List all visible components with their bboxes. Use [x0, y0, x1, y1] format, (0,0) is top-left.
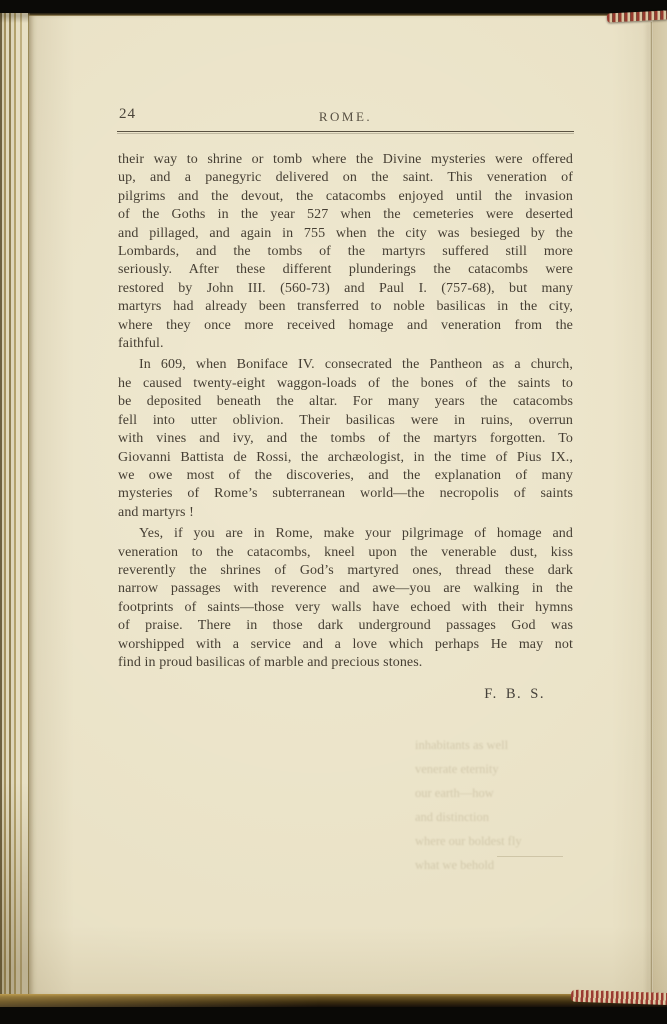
- running-title: ROME.: [118, 109, 573, 125]
- text-line: mysteries of Rome’s subterranean world—t…: [118, 485, 573, 503]
- scan-background-top: [0, 0, 667, 13]
- text-line: martyrs had already been transferred to …: [118, 298, 573, 316]
- paragraph-3: Yes, if you are in Rome, make your pilgr…: [118, 525, 573, 672]
- scan-background-bottom: [0, 1007, 667, 1024]
- text-line: up, and a panegyric delivered on the sai…: [118, 169, 573, 187]
- paragraph-2: In 609, when Boniface IV. consecrated th…: [118, 356, 573, 522]
- text-line: veneration to the catacombs, kneel upon …: [118, 544, 573, 562]
- text-line: Yes, if you are in Rome, make your pilgr…: [118, 525, 573, 543]
- text-line: we owe most of the discoveries, and the …: [118, 467, 573, 485]
- text-line: restored by John III. (560-73) and Paul …: [118, 280, 573, 298]
- page-stack-edges: [0, 13, 30, 998]
- scanned-book-page: 24 ROME. their way to shrine or tomb whe…: [0, 0, 667, 1024]
- text-line: faithful.: [118, 335, 573, 353]
- text-line: pilgrims and the devout, the catacombs e…: [118, 188, 573, 206]
- text-line: he caused twenty-eight waggon-loads of t…: [118, 375, 573, 393]
- page-top-edge: [28, 13, 667, 16]
- text-line: their way to shrine or tomb where the Di…: [118, 151, 573, 169]
- author-initials: F. B. S.: [118, 686, 573, 703]
- text-line: of praise. There in those dark undergrou…: [118, 617, 573, 635]
- text-line: worshipped with a service and a love whi…: [118, 636, 573, 654]
- body-text: their way to shrine or tomb where the Di…: [118, 151, 573, 672]
- text-line: reverently the shrines of God’s martyred…: [118, 562, 573, 580]
- show-through-rule: [497, 856, 563, 858]
- text-line: and pillaged, and again in 755 when the …: [118, 225, 573, 243]
- text-line: find in proud basilicas of marble and pr…: [118, 654, 573, 672]
- text-line: Giovanni Battista de Rossi, the archæolo…: [118, 449, 573, 467]
- text-line: In 609, when Boniface IV. consecrated th…: [118, 356, 573, 374]
- text-line: fell into utter oblivion. Their basilica…: [118, 412, 573, 430]
- text-line: footprints of saints—those very walls ha…: [118, 599, 573, 617]
- text-line: narrow passages with reverence and awe—y…: [118, 580, 573, 598]
- text-line: where they once more received homage and…: [118, 317, 573, 335]
- text-line: with vines and ivy, and the tombs of the…: [118, 430, 573, 448]
- text-line: be deposited beneath the altar. For many…: [118, 393, 573, 411]
- text-line: of the Goths in the year 527 when the ce…: [118, 206, 573, 224]
- text-line: and martyrs !: [118, 504, 573, 522]
- header-rule: [117, 131, 574, 133]
- page-right-edge-shade: [653, 15, 667, 996]
- text-line: seriously. After these different plunder…: [118, 261, 573, 279]
- paragraph-1: their way to shrine or tomb where the Di…: [118, 151, 573, 353]
- text-line: Lombards, and the tombs of the martyrs s…: [118, 243, 573, 261]
